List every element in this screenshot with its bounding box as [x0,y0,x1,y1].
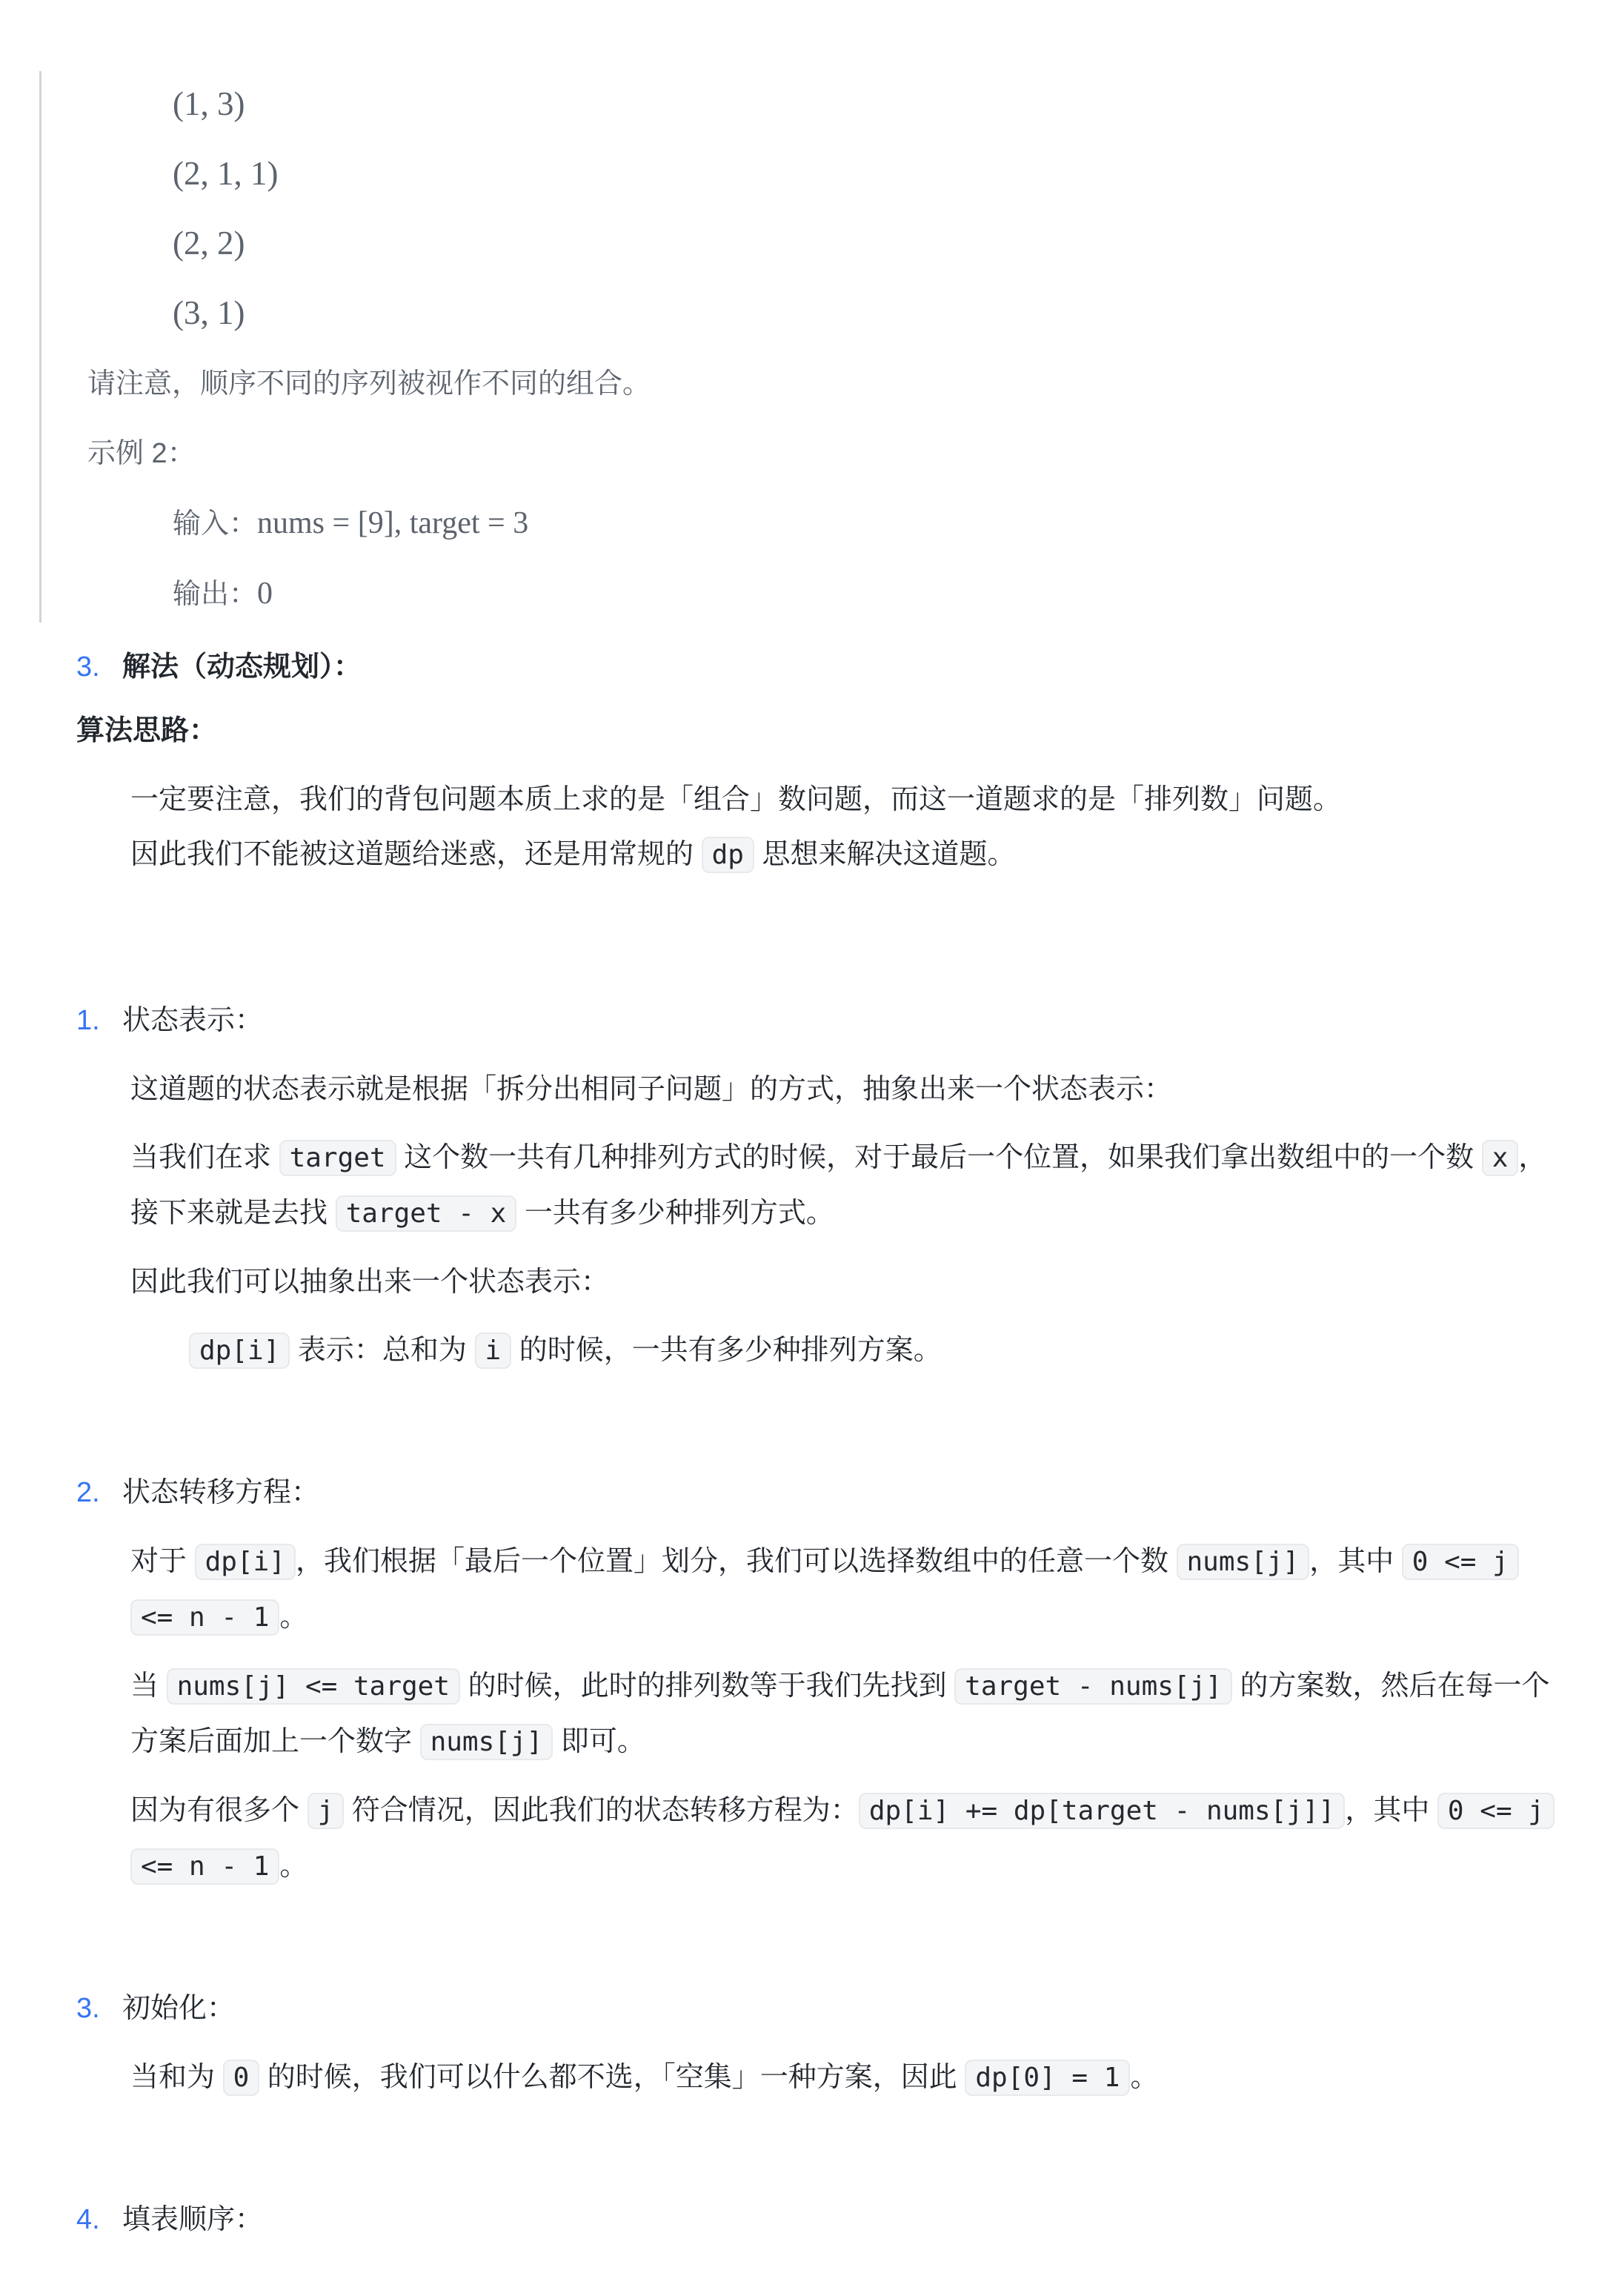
step-paragraph: 对于 dp[i]，我们根据「最后一个位置」划分，我们可以选择数组中的任意一个数 … [130,1534,1553,1645]
solution-heading-row: 3. 解法（动态规划）： [76,646,1553,688]
example-2-label: 示例 2： [87,433,1553,474]
list-marker: 4. [76,2199,122,2240]
inline-code: target - x [336,1195,517,1232]
step-paragraph: 当我们在求 target 这个数一共有几种排列方式的时候，对于最后一个位置，如果… [130,1130,1553,1241]
document-page: { "palette": { "text": "#21262d", "muted… [0,0,1616,2296]
math-line: (2, 1, 1) [173,151,1553,196]
step-paragraph: dp[i] 表示：总和为 i 的时候，一共有多少种排列方案。 [189,1323,1553,1378]
inline-code: 0 <= j <= n - 1 [130,1544,1519,1636]
solution-heading: 解法（动态规划）： [122,646,362,688]
inline-code: dp[i] += dp[target - nums[j]] [859,1793,1346,1829]
math-line: (1, 3) [173,82,1553,126]
list-marker: 2. [76,1472,122,1894]
example-input-line: 输入：nums = [9], target = 3 [173,502,1553,545]
example-blockquote: (1, 3) (2, 1, 1) (2, 2) (3, 1) 请注意，顺序不同的… [39,71,1616,623]
step-paragraph: 因此我们可以抽象出来一个状态表示： [130,1255,1553,1310]
inline-code: dp[0] = 1 [965,2060,1130,2096]
inline-code: nums[j] <= target [167,1668,460,1705]
inline-code: dp[i] [195,1544,296,1580]
note-text: 请注意，顺序不同的序列被视作不同的组合。 [87,363,1553,405]
io-value: 0 [257,577,273,611]
step-title: 初始化： [122,1988,1553,2029]
io-label: 输入： [173,508,257,540]
inline-code: j [307,1793,345,1829]
steps-list: 1. 状态表示： 这道题的状态表示就是根据「拆分出相同子问题」的方式，抽象出来一… [0,1000,1616,2240]
math-line: (3, 1) [173,291,1553,335]
inline-code: i [475,1333,512,1369]
list-marker: 1. [76,1000,122,1378]
inline-code: dp [702,837,754,873]
step-title: 填表顺序： [122,2199,1553,2240]
algorithm-idea-heading: 算法思路： [76,710,1553,751]
step-item-initialization: 3. 初始化： 当和为 0 的时候，我们可以什么都不选，「空集」一种方案，因此 … [76,1988,1616,2106]
step-paragraph: 因为有很多个 j 符合情况，因此我们的状态转移方程为：dp[i] += dp[t… [130,1783,1553,1894]
inline-code: 0 [223,2060,260,2096]
inline-code: target - nums[j] [954,1668,1232,1705]
step-title: 状态表示： [122,1000,1553,1041]
step-paragraph: 这道题的状态表示就是根据「拆分出相同子问题」的方式，抽象出来一个状态表示： [130,1062,1553,1117]
inline-code: nums[j] [1177,1544,1310,1580]
io-value: nums = [9], target = 3 [257,506,528,540]
step-item-state-representation: 1. 状态表示： 这道题的状态表示就是根据「拆分出相同子问题」的方式，抽象出来一… [76,1000,1616,1378]
intro-paragraph: 一定要注意，我们的背包问题本质上求的是「组合」数问题，而这一道题求的是「排列数」… [130,772,1553,883]
step-title: 状态转移方程： [122,1472,1553,1513]
io-label: 输出： [173,579,257,610]
inline-code: dp[i] [189,1333,290,1369]
inline-code: nums[j] [420,1724,553,1760]
step-item-transition-equation: 2. 状态转移方程： 对于 dp[i]，我们根据「最后一个位置」划分，我们可以选… [76,1472,1616,1894]
math-line: (2, 2) [173,221,1553,265]
example-output-line: 输出：0 [173,573,1553,615]
inline-code: x [1482,1140,1519,1176]
step-paragraph: 当和为 0 的时候，我们可以什么都不选，「空集」一种方案，因此 dp[0] = … [130,2050,1553,2106]
step-paragraph: 当 nums[j] <= target 的时候，此时的排列数等于我们先找到 ta… [130,1659,1553,1770]
list-marker: 3. [76,1988,122,2106]
inline-code: target [279,1140,396,1176]
list-marker: 3. [76,646,122,688]
step-item-fill-order: 4. 填表顺序： [76,2199,1616,2240]
